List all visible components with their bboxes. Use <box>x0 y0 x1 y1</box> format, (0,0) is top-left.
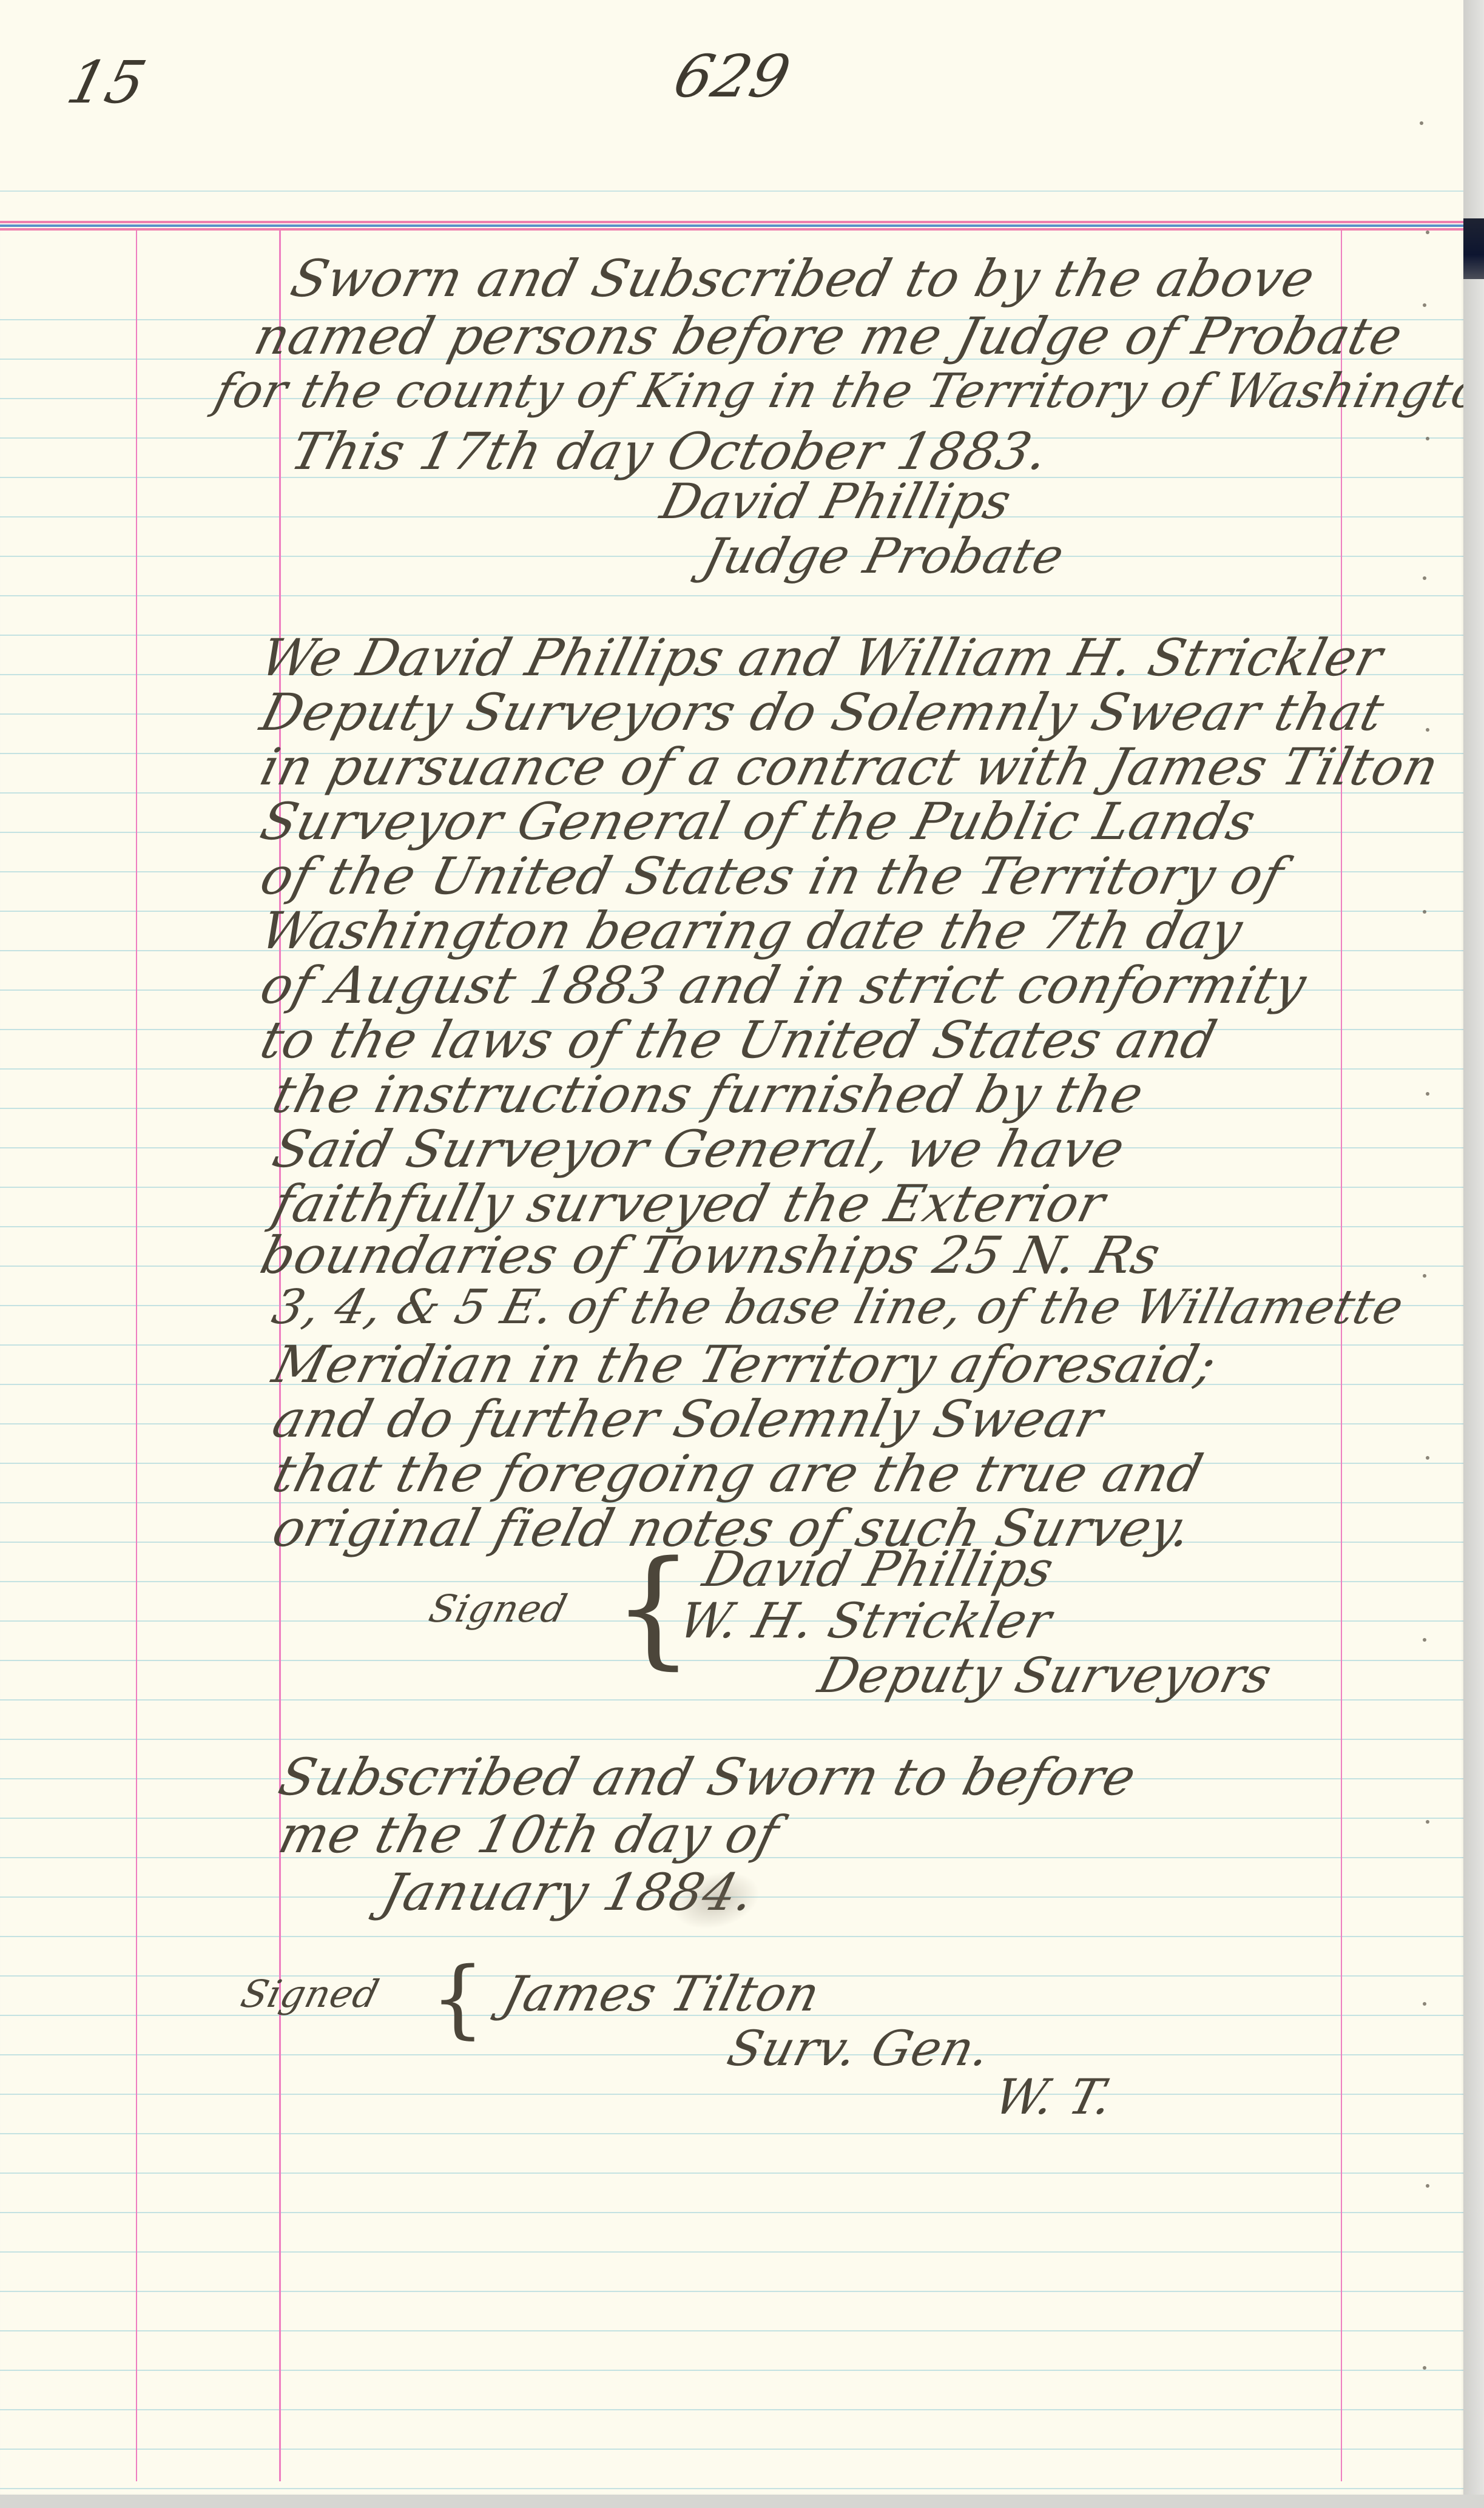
oath-line-15: and do further Solemnly Swear <box>267 1389 1109 1449</box>
binding-hole <box>1426 1092 1429 1096</box>
oath-line-7: of August 1883 and in strict conformity <box>255 956 1312 1015</box>
binding-hole <box>1426 231 1429 234</box>
binding-hole <box>1423 1274 1426 1278</box>
jurat1-line-4: This 17th day October 1883. <box>285 422 1055 481</box>
signature-brace-1: { <box>613 1544 694 1671</box>
binding-hole <box>1426 728 1429 732</box>
oath-line-11: faithfully surveyed the Exterior <box>267 1174 1111 1233</box>
binding-hole <box>1426 437 1429 440</box>
jurat2-title-2: W. T. <box>989 2069 1119 2125</box>
oath-line-12: boundaries of Townships 25 N. Rs <box>255 1225 1167 1285</box>
jurat2-line-1: Subscribed and Sworn to before <box>273 1747 1142 1807</box>
oath-line-4: Surveyor General of the Public Lands <box>255 792 1262 851</box>
oath-line-1: We David Phillips and William H. Strickl… <box>255 628 1389 687</box>
jurat1-title: Judge Probate <box>698 528 1070 584</box>
binding-hole <box>1423 910 1426 914</box>
binding-hole <box>1423 1638 1426 1642</box>
binding-hole <box>1426 1820 1429 1824</box>
jurat2-line-2: me the 10th day of <box>273 1805 785 1864</box>
binding-hole <box>1426 2184 1429 2188</box>
header-rule-pink-top <box>0 221 1463 223</box>
oath-line-3: in pursuance of a contract with James Ti… <box>255 737 1445 797</box>
jurat2-title-1: Surv. Gen. <box>722 2020 997 2077</box>
oath-line-5: of the United States in the Territory of <box>255 846 1290 906</box>
oath-line-14: Meridian in the Territory aforesaid; <box>267 1335 1223 1394</box>
page-edge <box>1463 0 1484 2508</box>
binding-hole <box>1423 303 1426 307</box>
jurat2-signature: James Tilton <box>497 1966 826 2022</box>
header-rule-blue <box>0 224 1463 227</box>
binding-hole <box>1423 2366 1426 2370</box>
binding-edge <box>1463 218 1484 279</box>
signature-brace-2: { <box>431 1957 485 2041</box>
oath-signed-label: Signed <box>425 1586 572 1631</box>
jurat1-line-2: named persons before me Judge of Probate <box>249 306 1409 366</box>
ledger-page: 15 629 Sworn and Subscribed to by the ab… <box>0 0 1463 2495</box>
page-header-area <box>0 0 1463 226</box>
scan-bottom-edge <box>0 2495 1484 2508</box>
jurat1-line-1: Sworn and Subscribed to by the above <box>285 249 1321 308</box>
oath-signature-2: W. H. Strickler <box>673 1593 1057 1649</box>
margin-line-right <box>1341 231 1342 2481</box>
jurat1-signature: David Phillips <box>655 473 1017 530</box>
binding-hole <box>1426 1456 1429 1460</box>
jurat1-line-3: for the county of King in the Territory … <box>209 364 1484 419</box>
oath-line-10: Said Surveyor General, we have <box>267 1119 1131 1179</box>
oath-line-9: the instructions furnished by the <box>267 1065 1150 1124</box>
binding-hole <box>1423 2002 1426 2006</box>
binding-hole <box>1420 121 1423 125</box>
binding-hole <box>1423 576 1426 580</box>
oath-title: Deputy Surveyors <box>813 1647 1278 1704</box>
faint-rule <box>0 190 1463 192</box>
oath-signature-1: David Phillips <box>698 1541 1059 1597</box>
oath-line-13: 3, 4, & 5 E. of the base line, of the Wi… <box>267 1280 1409 1335</box>
margin-line-1 <box>136 231 137 2481</box>
oath-line-6: Washington bearing date the 7th day <box>255 901 1249 960</box>
oath-line-8: to the laws of the United States and <box>255 1010 1223 1070</box>
jurat2-signed-label: Signed <box>237 1972 384 2016</box>
oath-line-2: Deputy Surveyors do Solemnly Swear that <box>255 683 1391 742</box>
folio-number-center: 629 <box>667 42 797 110</box>
oath-line-16: that the foregoing are the true and <box>267 1444 1209 1503</box>
header-rule-pink-bottom <box>0 228 1463 231</box>
